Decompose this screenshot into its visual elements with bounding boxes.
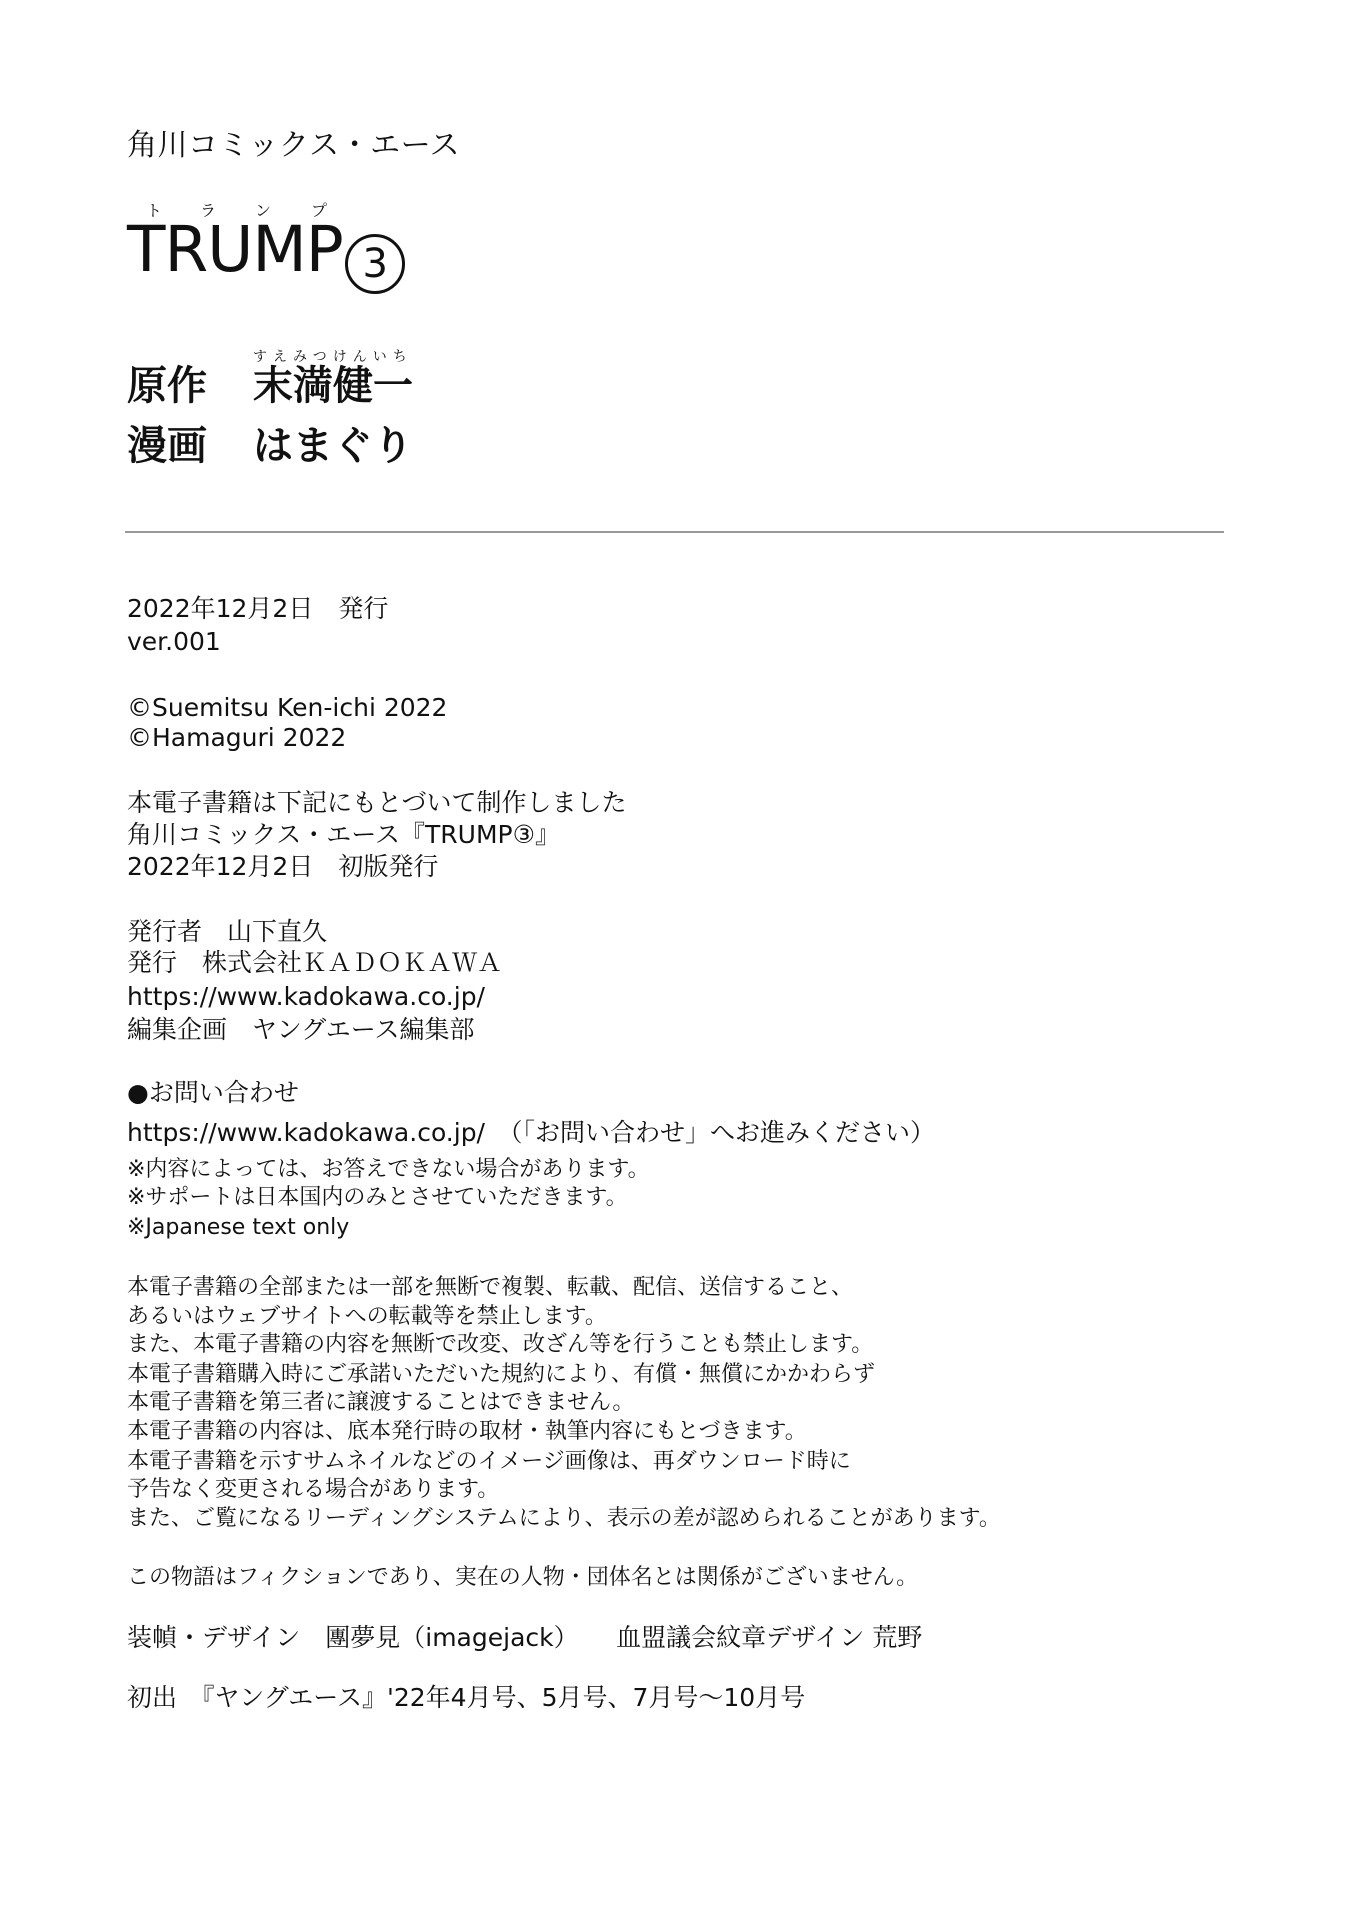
legal-line: 本電子書籍を示すサムネイルなどのイメージ画像は、再ダウンロード時に — [127, 1451, 851, 1473]
credit-role: 漫画 — [127, 426, 253, 466]
credit-role: 原作 — [127, 366, 253, 406]
inquiry-url[interactable]: https://www.kadokawa.co.jp/ （「お問い合わせ」へお進… — [127, 1120, 935, 1145]
first-appearance: 初出 『ヤングエース』'22年4月号、5月号、7月号～10月号 — [127, 1685, 805, 1710]
volume-number-badge: 3 — [345, 234, 405, 294]
source-line: 角川コミックス・エース『TRUMP③』 — [127, 822, 560, 847]
publisher-line: 発行 株式会社ＫＡＤＯＫＡＷＡ — [127, 950, 502, 975]
publisher-url[interactable]: https://www.kadokawa.co.jp/ — [127, 984, 485, 1009]
legal-line: あるいはウェブサイトへの転載等を禁止します。 — [127, 1306, 607, 1328]
legal-line: また、本電子書籍の内容を無断で改変、改ざん等を行うことも禁止します。 — [127, 1334, 873, 1356]
legal-line: 本電子書籍の内容は、底本発行時の取材・執筆内容にもとづきます。 — [127, 1421, 807, 1443]
copyright-line: ©Suemitsu Ken-ichi 2022 — [127, 695, 447, 720]
credit-manga: 漫画はまぐり — [127, 426, 413, 466]
credit-original: 原作末満健一 — [127, 366, 413, 406]
inquiry-note: ※内容によっては、お答えできない場合があります。 — [127, 1159, 650, 1181]
inquiry-note: ※サポートは日本国内のみとさせていただきます。 — [127, 1187, 628, 1209]
book-title: TRUMP3 — [127, 218, 405, 294]
legal-line: 本電子書籍の全部または一部を無断で複製、転載、配信、送信すること、 — [127, 1277, 853, 1299]
publisher-line: 発行者 山下直久 — [127, 919, 327, 944]
section-divider — [125, 531, 1224, 533]
source-line: 本電子書籍は下記にもとづいて制作しました — [127, 790, 627, 815]
legal-line: 予告なく変更される場合があります。 — [127, 1479, 499, 1501]
design-credit: 装幀・デザイン 團夢見（imagejack） 血盟議会紋章デザイン 荒野 — [127, 1625, 922, 1650]
publish-date: 2022年12月2日 発行 — [127, 596, 388, 621]
legal-line: 本電子書籍を第三者に譲渡することはできません。 — [127, 1392, 634, 1414]
legal-line: 本電子書籍購入時にご承諾いただいた規約により、有償・無償にかかわらず — [127, 1364, 875, 1386]
fiction-notice: この物語はフィクションであり、実在の人物・団体名とは関係がございません。 — [127, 1567, 918, 1589]
copyright-line: ©Hamaguri 2022 — [127, 725, 346, 750]
series-name: 角川コミックス・エース — [127, 131, 460, 161]
title-text: TRUMP — [127, 213, 343, 286]
author-ruby: すえみつけんいち — [253, 350, 413, 364]
source-line: 2022年12月2日 初版発行 — [127, 854, 438, 879]
credit-name: はまぐり — [253, 423, 413, 469]
publisher-line: 編集企画 ヤングエース編集部 — [127, 1017, 475, 1042]
version: ver.001 — [127, 629, 221, 654]
legal-line: また、ご覧になるリーディングシステムにより、表示の差が認められることがあります。 — [127, 1508, 1001, 1530]
inquiry-heading: ●お問い合わせ — [127, 1080, 299, 1105]
credit-name: 末満健一 — [253, 363, 413, 409]
inquiry-note: ※Japanese text only — [127, 1217, 349, 1239]
